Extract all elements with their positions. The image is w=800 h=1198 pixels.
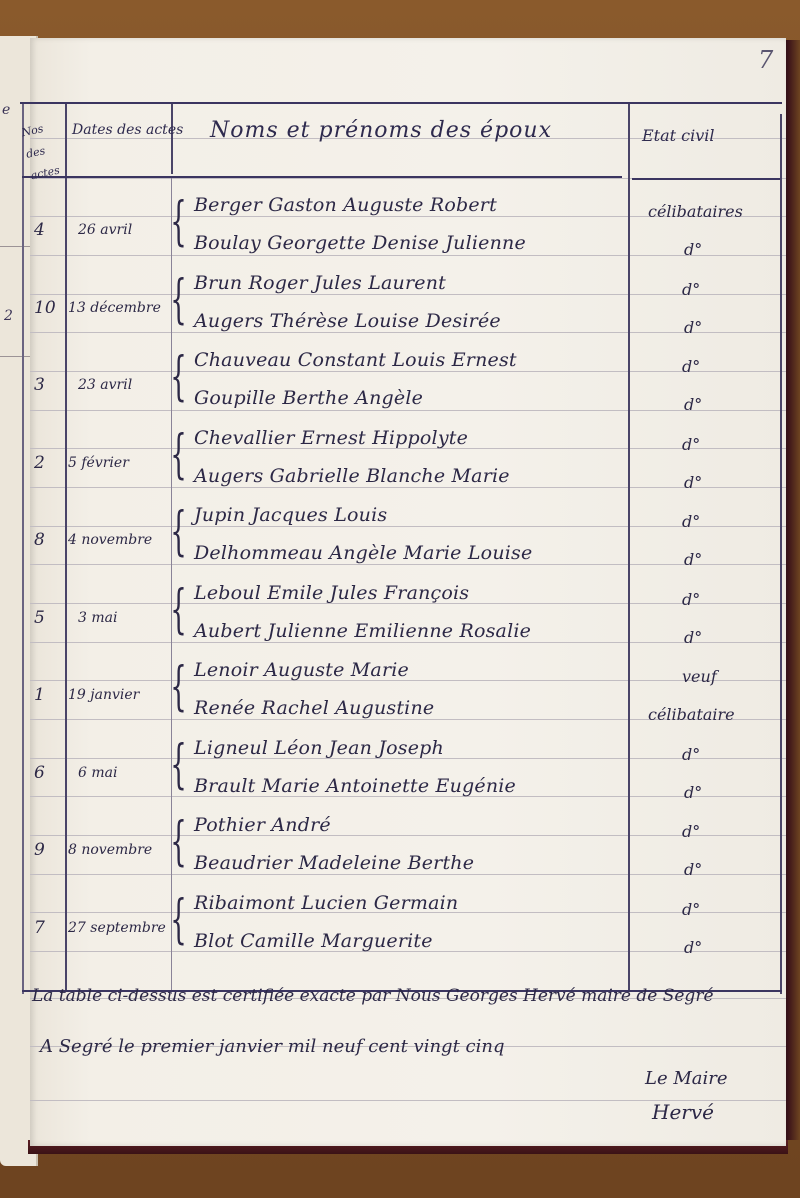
bride-name: Aubert Julienne Emilienne Rosalie <box>194 620 531 642</box>
act-number: 9 <box>34 840 45 860</box>
brace: { <box>170 196 187 248</box>
page-number: 7 <box>758 46 773 74</box>
bride-name: Brault Marie Antoinette Eugénie <box>194 775 516 797</box>
act-date: 26 avril <box>78 222 132 238</box>
groom-name: Brun Roger Jules Laurent <box>194 272 446 294</box>
groom-status: d° <box>682 512 700 531</box>
certification-line-1: La table ci-dessus est certifiée exacte … <box>32 986 714 1006</box>
left-page-fragment: e <box>2 102 10 118</box>
signature-title: Le Maire <box>645 1068 728 1089</box>
act-number: 5 <box>34 608 45 628</box>
brace: { <box>170 894 187 946</box>
header-names: Noms et prénoms des époux <box>210 118 552 143</box>
bride-status: d° <box>684 395 702 414</box>
act-date: 6 mai <box>78 765 117 781</box>
groom-name: Chevallier Ernest Hippolyte <box>194 427 468 449</box>
bride-name: Boulay Georgette Denise Julienne <box>194 232 526 254</box>
groom-status: d° <box>682 357 700 376</box>
marriage-table: Nos des actes Dates des actes Noms et pr… <box>20 102 782 994</box>
groom-name: Leboul Emile Jules François <box>194 582 469 604</box>
act-number: 1 <box>34 685 45 705</box>
groom-name: Chauveau Constant Louis Ernest <box>194 349 517 371</box>
register-page: 7 Nos des actes Dates des actes Noms et … <box>30 38 786 1146</box>
act-date: 13 décembre <box>68 300 161 316</box>
brace: { <box>170 816 187 868</box>
bride-name: Augers Gabrielle Blanche Marie <box>194 465 510 487</box>
act-date: 8 novembre <box>68 842 152 858</box>
groom-status: veuf <box>682 667 717 686</box>
bride-name: Goupille Berthe Angèle <box>194 387 423 409</box>
act-number: 6 <box>34 763 45 783</box>
act-date: 27 septembre <box>68 920 166 936</box>
bride-status: célibataire <box>648 705 735 724</box>
groom-status: d° <box>682 590 700 609</box>
groom-name: Pothier André <box>194 814 331 836</box>
groom-name: Lenoir Auguste Marie <box>194 659 409 681</box>
groom-name: Ligneul Léon Jean Joseph <box>194 737 444 759</box>
signature-name: Hervé <box>652 1100 714 1124</box>
brace: { <box>170 739 187 791</box>
bride-status: d° <box>684 473 702 492</box>
bride-status: d° <box>684 628 702 647</box>
bride-status: d° <box>684 318 702 337</box>
bride-status: d° <box>684 938 702 957</box>
groom-name: Ribaimont Lucien Germain <box>194 892 458 914</box>
groom-name: Jupin Jacques Louis <box>194 504 387 526</box>
act-number: 4 <box>34 220 45 240</box>
bride-name: Augers Thérèse Louise Desirée <box>194 310 501 332</box>
bride-status: d° <box>684 783 702 802</box>
act-date: 3 mai <box>78 610 117 626</box>
act-number: 10 <box>34 298 56 318</box>
groom-status: célibataires <box>648 202 743 221</box>
certification-line-2: A Segré le premier janvier mil neuf cent… <box>40 1036 504 1057</box>
act-date: 4 novembre <box>68 532 152 548</box>
bride-status: d° <box>684 240 702 259</box>
groom-name: Berger Gaston Auguste Robert <box>194 194 497 216</box>
act-number: 3 <box>34 375 45 395</box>
bride-name: Delhommeau Angèle Marie Louise <box>194 542 532 564</box>
brace: { <box>170 429 187 481</box>
bride-status: d° <box>684 860 702 879</box>
act-date: 23 avril <box>78 377 132 393</box>
act-number: 7 <box>34 918 45 938</box>
act-number: 8 <box>34 530 45 550</box>
brace: { <box>170 351 187 403</box>
header-status: Etat civil <box>642 126 715 145</box>
act-number: 2 <box>34 453 45 473</box>
brace: { <box>170 506 187 558</box>
bride-name: Beaudrier Madeleine Berthe <box>194 852 474 874</box>
header-date: Dates des actes <box>72 122 183 138</box>
groom-status: d° <box>682 822 700 841</box>
act-date: 19 janvier <box>68 687 139 703</box>
bride-status: d° <box>684 550 702 569</box>
brace: { <box>170 661 187 713</box>
bride-name: Blot Camille Marguerite <box>194 930 433 952</box>
bride-name: Renée Rachel Augustine <box>194 697 434 719</box>
groom-status: d° <box>682 900 700 919</box>
brace: { <box>170 274 187 326</box>
act-date: 5 février <box>68 455 129 471</box>
left-page-fragment: 2 <box>4 308 13 324</box>
groom-status: d° <box>682 280 700 299</box>
brace: { <box>170 584 187 636</box>
groom-status: d° <box>682 435 700 454</box>
groom-status: d° <box>682 745 700 764</box>
